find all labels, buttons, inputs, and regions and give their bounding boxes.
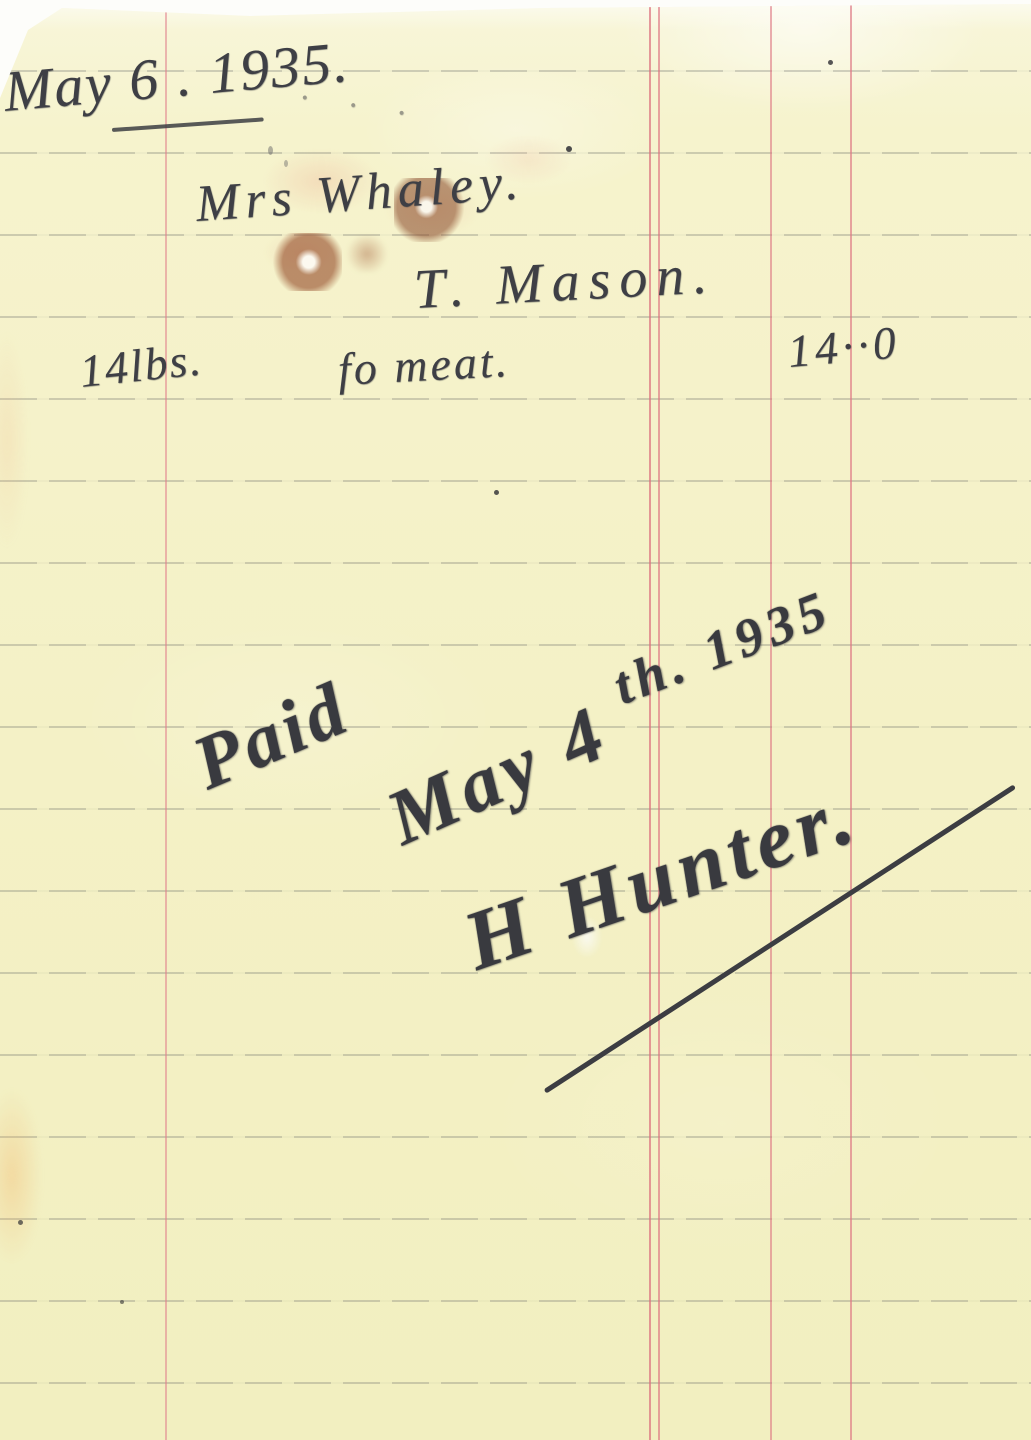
- ink-speck: [494, 490, 499, 495]
- amount-value: 14··0: [786, 316, 902, 378]
- ink-speck: [120, 1300, 124, 1304]
- item-description: fo meat.: [337, 335, 512, 397]
- margin-line-double-b: [658, 0, 660, 1440]
- scanned-ledger-page: May 6 . 1935. · · · Mrs Whaley. T. Mason…: [0, 0, 1031, 1440]
- pencil-speck: [284, 160, 288, 167]
- margin-line-double-a: [649, 0, 651, 1440]
- ink-speck: [566, 146, 572, 152]
- margin-line-right-1: [770, 0, 772, 1440]
- margin-line-left: [165, 0, 167, 1440]
- scan-edge-fade: [0, 0, 1031, 30]
- paper-sheet: May 6 . 1935. · · · Mrs Whaley. T. Mason…: [0, 0, 1031, 1440]
- margin-line-right-2: [850, 0, 852, 1440]
- pencil-speck: [268, 146, 273, 155]
- ink-speck: [18, 1220, 23, 1225]
- ink-speck: [828, 60, 833, 65]
